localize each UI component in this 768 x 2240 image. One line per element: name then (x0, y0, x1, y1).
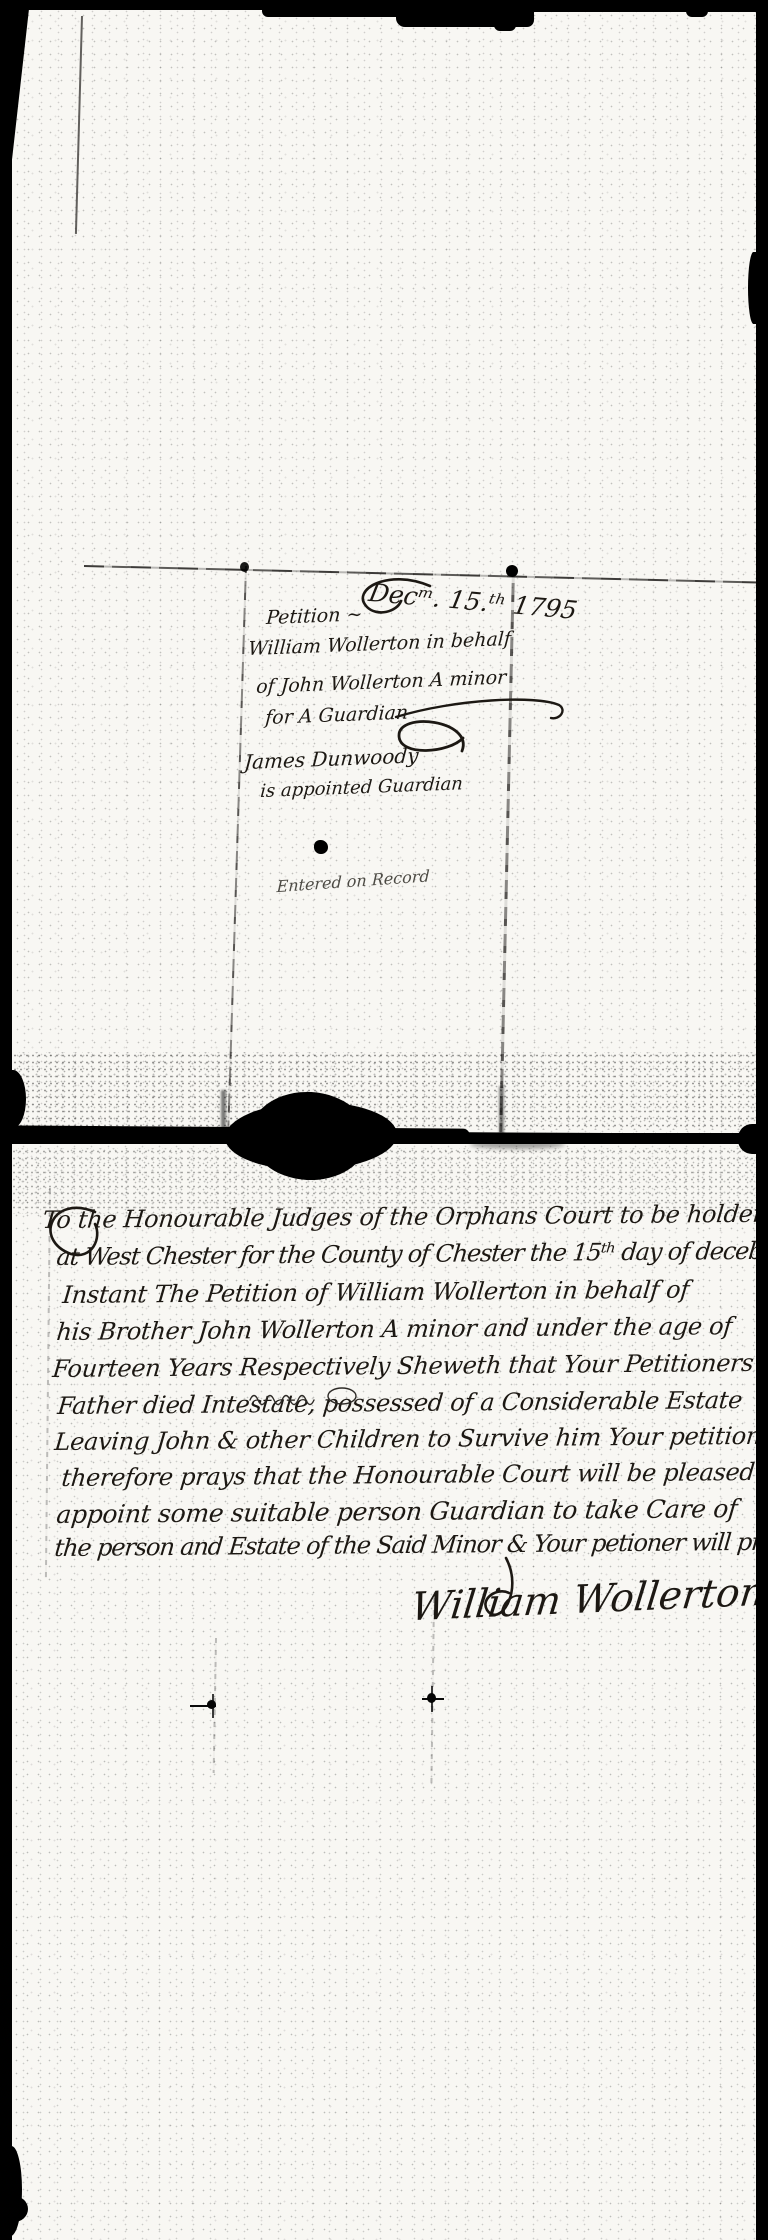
gutter-smudge (499, 1086, 504, 1136)
scan-edge-top (686, 0, 708, 17)
scan-edge-right (756, 0, 768, 2240)
document-scan: Decᵐ. 15.ᵗʰ 1795 Petition ~ William Woll… (0, 0, 768, 2240)
gutter-smudge (221, 1090, 226, 1132)
gutter-smudge (470, 1140, 565, 1149)
scan-edge-top (532, 0, 768, 12)
scan-edge-nub (0, 2196, 28, 2222)
scan-edge-nub (0, 1070, 26, 1128)
scan-edge-top (494, 0, 516, 31)
scan-edge-nub (748, 252, 759, 324)
